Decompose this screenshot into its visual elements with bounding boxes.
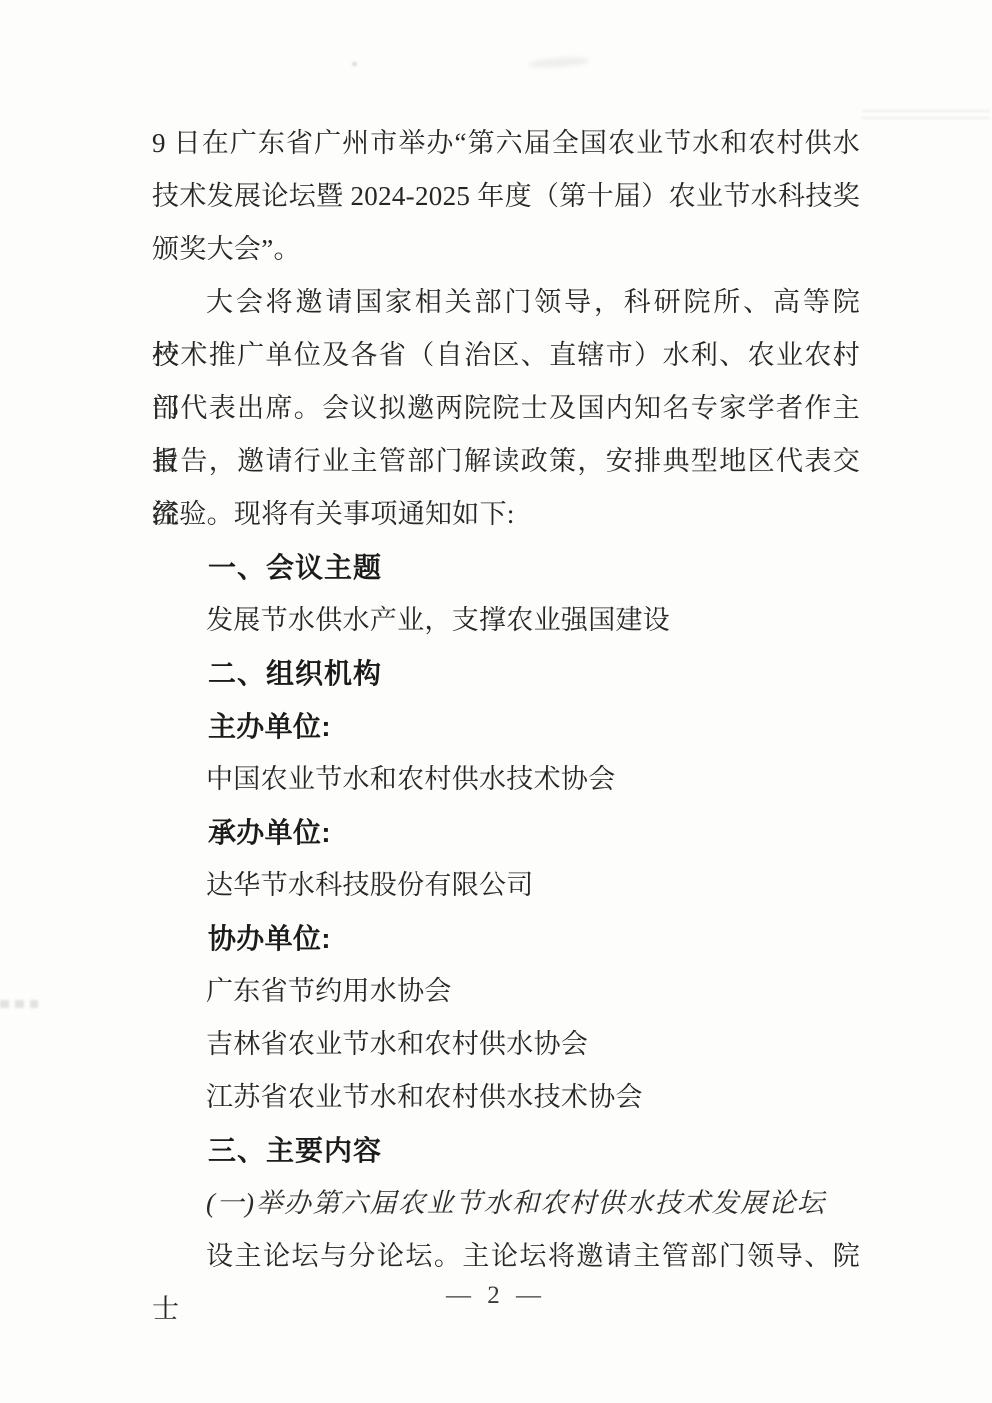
scan-artifact (528, 56, 590, 69)
heading-main-content: 三、主要内容 (152, 1124, 860, 1177)
intro-paragraph-line: 大会将邀请国家相关部门领导，科研院所、高等院校、 (152, 276, 860, 329)
subheading-forum-item: (一)举办第六届农业节水和农村供水技术发展论坛 (152, 1177, 860, 1230)
co-organizer-name: 江苏省农业节水和农村供水技术协会 (152, 1071, 860, 1124)
intro-paragraph-line: 门代表出席。会议拟邀两院院士及国内知名专家学者作主旨 (152, 382, 860, 435)
co-organizer-name: 广东省节约用水协会 (152, 965, 860, 1018)
scan-artifact (862, 110, 990, 124)
scan-artifact (352, 62, 357, 66)
paragraph-continuation-line: 颁奖大会”。 (152, 223, 860, 276)
co-organizer-name: 吉林省农业节水和农村供水协会 (152, 1018, 860, 1071)
heading-organization: 二、组织机构 (152, 647, 860, 700)
label-host-unit: 主办单位: (152, 700, 860, 753)
heading-meeting-theme: 一、会议主题 (152, 541, 860, 594)
paragraph-continuation-line: 技术发展论坛暨 2024-2025 年度（第十届）农业节水科技奖 (152, 170, 860, 223)
intro-paragraph-line: 报告，邀请行业主管部门解读政策，安排典型地区代表交流 (152, 435, 860, 488)
label-organizer-unit: 承办单位: (152, 806, 860, 859)
document-page: 9 日在广东省广州市举办“第六届全国农业节水和农村供水 技术发展论坛暨 2024… (0, 0, 992, 1403)
meeting-theme-text: 发展节水供水产业，支撑农业强国建设 (152, 594, 860, 647)
intro-paragraph-line: 经验。现将有关事项通知如下: (152, 488, 860, 541)
document-body: 9 日在广东省广州市举办“第六届全国农业节水和农村供水 技术发展论坛暨 2024… (152, 117, 860, 1283)
page-number: — 2 — (0, 1276, 992, 1316)
paragraph-continuation-line: 9 日在广东省广州市举办“第六届全国农业节水和农村供水 (152, 117, 860, 170)
intro-paragraph-line: 技术推广单位及各省（自治区、直辖市）水利、农业农村部 (152, 329, 860, 382)
organizer-unit-name: 达华节水科技股份有限公司 (152, 859, 860, 912)
scan-artifact (0, 1000, 38, 1008)
host-unit-name: 中国农业节水和农村供水技术协会 (152, 753, 860, 806)
label-co-organizer-unit: 协办单位: (152, 912, 860, 965)
